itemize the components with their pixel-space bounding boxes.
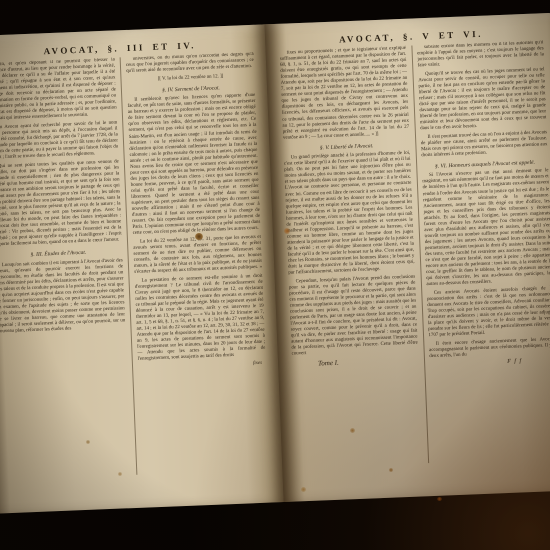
right-page-column-1: fixes ou proportionnels ; et que le légi…: [279, 46, 422, 469]
left-page-columns: moin, et qu'en déposant il ne pourroit q…: [0, 52, 270, 480]
paragraph: Il étoit encore d'usage anciennement que…: [429, 337, 550, 360]
paragraph: La loi du 22 ventôse an 12, art. 31, por…: [133, 235, 262, 276]
paragraph: Ces anciens Avocats étoient autrefois ch…: [427, 286, 550, 339]
book-photo: AVOCAT, §. III ET IV. moin, et qu'en dép…: [0, 0, 550, 550]
paragraph: Cependant, lorsqu'au palais l'Avocat pre…: [289, 274, 419, 358]
paragraph: Un grand privilège attaché à la professi…: [284, 151, 415, 277]
paragraph: Quoiqu'il se trouve des cas où les juges…: [418, 67, 547, 132]
left-page-column-1: moin, et qu'en déposant il ne pourroit q…: [0, 57, 131, 480]
left-page: AVOCAT, §. III ET IV. moin, et qu'en dép…: [0, 24, 284, 513]
paragraph: La prestation de ce serment est-elle sou…: [135, 273, 266, 363]
left-page-column-2: universités, ou du moins qu'on n'accordâ…: [120, 52, 271, 475]
signature-mark: F f f: [430, 359, 527, 369]
paragraph: Qui ne sent point toutes les qualités qu…: [0, 159, 122, 249]
right-page: AVOCAT, §. V ET VI. fixes ou proportionn…: [264, 12, 550, 502]
paragraph: Il s'est pourtant trouvé des cas où l'on…: [420, 130, 547, 159]
paragraph: Lorsqu'on sait combien il est important …: [0, 258, 126, 336]
paragraph: Il sembleroit qu'avec les licences qu'on…: [127, 93, 260, 237]
foxing-spot: [437, 497, 442, 501]
open-book: AVOCAT, §. III ET IV. moin, et qu'en dép…: [0, 12, 550, 513]
right-page-column-2: subsiste encore dans les momens où il li…: [411, 40, 550, 463]
paragraph: moin, et qu'en déposant il ne pourroit q…: [0, 57, 117, 123]
paragraph: subsiste encore dans les momens où il li…: [417, 40, 544, 69]
paragraph: Un Avocat ayant été recherché pour savoi…: [0, 120, 119, 161]
right-page-columns: fixes ou proportionnels ; et que le légi…: [279, 40, 550, 468]
paragraph: fixes ou proportionnels ; et que le légi…: [279, 46, 409, 142]
paragraph: Si l'Avocat n'exerce pas un état aussi é…: [422, 169, 550, 289]
tome-label: Tome I.: [318, 357, 419, 367]
paragraph: universités, ou du moins qu'on n'accordâ…: [126, 52, 255, 75]
